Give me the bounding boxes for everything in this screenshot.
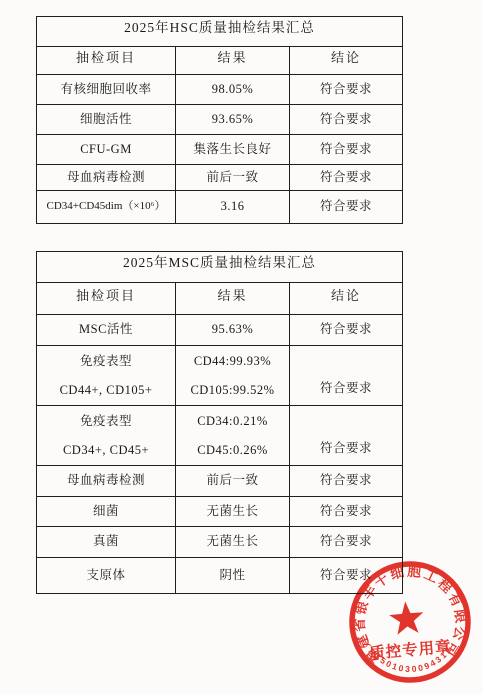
cell-conclusion: 符合要求 (290, 135, 403, 165)
table-title: 2025年HSC质量抽检结果汇总 (37, 17, 403, 47)
column-header-conclusion: 结论 (290, 47, 403, 75)
cell-conclusion: 符合要求 (290, 191, 403, 224)
cell-result: 无菌生长 (176, 527, 290, 558)
table-row: 母血病毒检测 前后一致 符合要求 (37, 466, 403, 497)
column-header-result: 结果 (176, 283, 290, 315)
cell-item: 真菌 (37, 527, 176, 558)
table-row: CD34+CD45dim（×10⁶） 3.16 符合要求 (37, 191, 403, 224)
cell-item: 细胞活性 (37, 105, 176, 135)
column-header-result: 结果 (176, 47, 290, 75)
table-row: 真菌 无菌生长 符合要求 (37, 527, 403, 558)
table-title: 2025年MSC质量抽检结果汇总 (37, 252, 403, 283)
table-title-row: 2025年HSC质量抽检结果汇总 (37, 17, 403, 47)
column-header-item: 抽检项目 (37, 283, 176, 315)
cell-result-line: CD45:0.26% (176, 436, 289, 465)
cell-item: MSC活性 (37, 315, 176, 346)
table-row: 有核细胞回收率 98.05% 符合要求 (37, 75, 403, 105)
table-row: 细胞活性 93.65% 符合要求 (37, 105, 403, 135)
column-header-item: 抽检项目 (37, 47, 176, 75)
cell-result-line: CD34:0.21% (176, 407, 289, 436)
cell-result: 前后一致 (176, 466, 290, 497)
table-header-row: 抽检项目 结果 结论 (37, 47, 403, 75)
cell-conclusion: 符合要求 (290, 558, 403, 594)
table-row: 支原体 阴性 符合要求 (37, 558, 403, 594)
seal-label: 质控专用章 (368, 637, 452, 663)
cell-result: 无菌生长 (176, 497, 290, 527)
cell-conclusion: 符合要求 (290, 497, 403, 527)
column-header-conclusion: 结论 (290, 283, 403, 315)
table-row: 细菌 无菌生长 符合要求 (37, 497, 403, 527)
cell-item-line: CD44+, CD105+ (37, 376, 175, 405)
table-title-row: 2025年MSC质量抽检结果汇总 (37, 252, 403, 283)
cell-item: 有核细胞回收率 (37, 75, 176, 105)
cell-result: 93.65% (176, 105, 290, 135)
table-row: MSC活性 95.63% 符合要求 (37, 315, 403, 346)
seal-number: 3501030094312 (372, 645, 454, 678)
cell-item: 免疫表型 CD34+, CD45+ (37, 406, 176, 466)
cell-result: 95.63% (176, 315, 290, 346)
cell-conclusion: 符合要求 (290, 346, 403, 406)
cell-result: 3.16 (176, 191, 290, 224)
cell-result-line: CD105:99.52% (176, 376, 289, 405)
cell-result: CD34:0.21% CD45:0.26% (176, 406, 290, 466)
table-header-row: 抽检项目 结果 结论 (37, 283, 403, 315)
cell-result: 集落生长良好 (176, 135, 290, 165)
cell-conclusion: 符合要求 (290, 527, 403, 558)
cell-conclusion: 符合要求 (290, 406, 403, 466)
msc-results-table: 2025年MSC质量抽检结果汇总 抽检项目 结果 结论 MSC活性 95.63%… (36, 251, 403, 594)
cell-result: 阴性 (176, 558, 290, 594)
cell-conclusion: 符合要求 (290, 75, 403, 105)
cell-item: 免疫表型 CD44+, CD105+ (37, 346, 176, 406)
cell-item-line: 免疫表型 (37, 347, 175, 376)
table-row: 免疫表型 CD44+, CD105+ CD44:99.93% CD105:99.… (37, 346, 403, 406)
cell-conclusion: 符合要求 (290, 466, 403, 497)
cell-conclusion: 符合要求 (290, 165, 403, 191)
cell-item: CD34+CD45dim（×10⁶） (37, 191, 176, 224)
cell-result-line: CD44:99.93% (176, 347, 289, 376)
cell-conclusion: 符合要求 (290, 315, 403, 346)
cell-result: CD44:99.93% CD105:99.52% (176, 346, 290, 406)
document-page: 2025年HSC质量抽检结果汇总 抽检项目 结果 结论 有核细胞回收率 98.0… (0, 0, 483, 694)
table-row: 母血病毒检测 前后一致 符合要求 (37, 165, 403, 191)
hsc-results-table: 2025年HSC质量抽检结果汇总 抽检项目 结果 结论 有核细胞回收率 98.0… (36, 16, 403, 224)
cell-conclusion: 符合要求 (290, 105, 403, 135)
cell-item-line: CD34+, CD45+ (37, 436, 175, 465)
seal-star-icon (388, 600, 425, 635)
cell-result: 前后一致 (176, 165, 290, 191)
cell-item: 细菌 (37, 497, 176, 527)
cell-item: 支原体 (37, 558, 176, 594)
table-row: CFU-GM 集落生长良好 符合要求 (37, 135, 403, 165)
cell-item: 母血病毒检测 (37, 466, 176, 497)
table-row: 免疫表型 CD34+, CD45+ CD34:0.21% CD45:0.26% … (37, 406, 403, 466)
cell-item: 母血病毒检测 (37, 165, 176, 191)
cell-item: CFU-GM (37, 135, 176, 165)
cell-result: 98.05% (176, 75, 290, 105)
cell-item-line: 免疫表型 (37, 407, 175, 436)
